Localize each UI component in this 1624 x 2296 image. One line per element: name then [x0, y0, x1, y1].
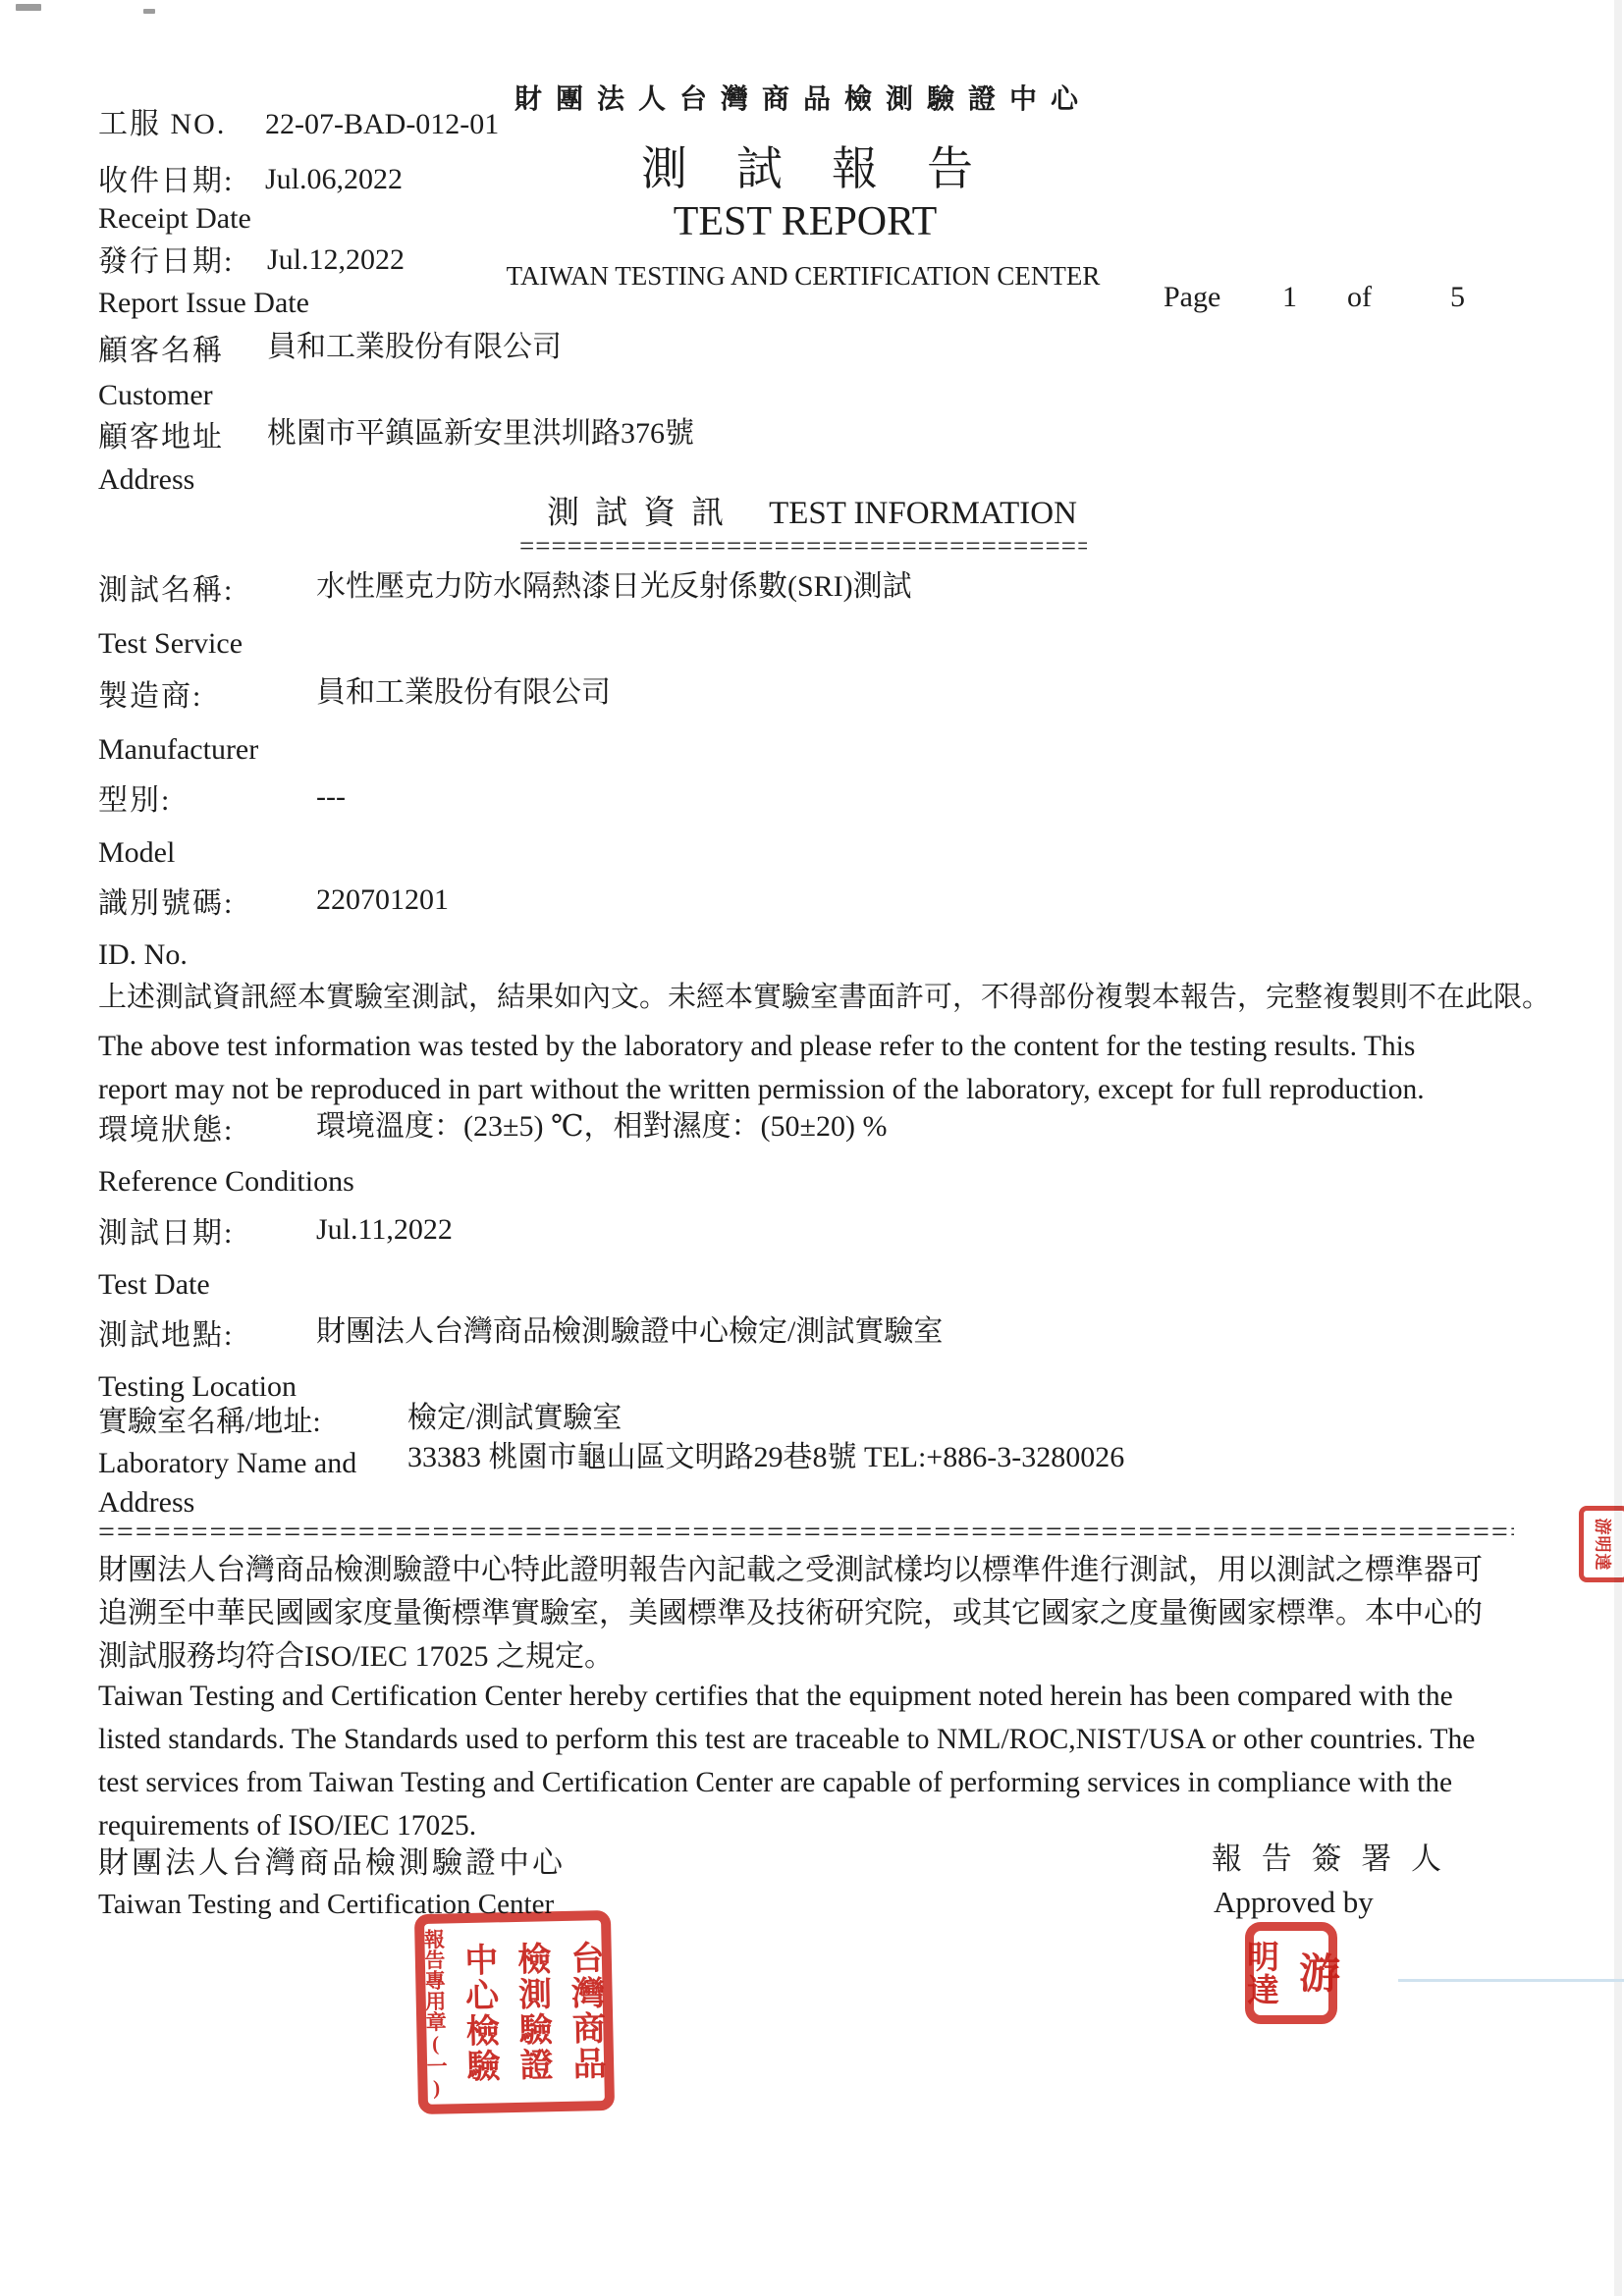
- work-order-number: 22-07-BAD-012-01: [265, 108, 499, 142]
- customer-label-cjk: 顧客名稱: [98, 335, 224, 369]
- scan-faint-line: [1398, 1979, 1624, 1982]
- reference-conditions-value: 環境溫度：(23±5) ℃，相對濕度：(50±20) %: [316, 1110, 887, 1145]
- approver-seal-stamp: 游 明達: [1245, 1922, 1337, 2024]
- page-total: 5: [1450, 281, 1465, 315]
- issue-date-label-en: Report Issue Date: [98, 287, 309, 321]
- test-service-value: 水性壓克力防水隔熱漆日光反射係數(SRI)測試: [316, 570, 912, 605]
- edge-paging-seal-stamp: 游明達: [1579, 1506, 1624, 1582]
- test-service-label-en: Test Service: [98, 627, 243, 662]
- test-service-label-cjk: 測試名稱:: [98, 574, 234, 609]
- customer-name: 員和工業股份有限公司: [267, 331, 562, 365]
- issue-date-value: Jul.12,2022: [267, 243, 405, 278]
- work-order-label: 工服 NO.: [98, 108, 226, 142]
- org-seal-column-1: 台灣商品: [559, 1940, 610, 2082]
- approver-seal-given-name: 明達: [1237, 1940, 1283, 2006]
- id-number-value: 220701201: [316, 883, 449, 918]
- model-value: ---: [316, 780, 346, 815]
- lab-name-value: 檢定/測試實驗室: [407, 1402, 622, 1436]
- edge-seal-text: 游明達: [1593, 1518, 1617, 1571]
- organization-seal-stamp: 台灣商品 檢測驗證 中心檢驗 報告專用章(一): [414, 1910, 615, 2114]
- report-title-cjk: 測試報告: [641, 143, 1022, 196]
- page-current: 1: [1282, 281, 1297, 315]
- test-date-label-en: Test Date: [98, 1268, 210, 1303]
- scan-speck: [16, 4, 41, 11]
- notice-cjk: 上述測試資訊經本實驗室測試，結果如內文。未經本實驗室書面許可，不得部份複製本報告…: [98, 982, 1550, 1014]
- manufacturer-label-en: Manufacturer: [98, 733, 258, 768]
- test-information-heading-cjk: 測試資訊: [547, 496, 739, 533]
- customer-label-en: Customer: [98, 379, 213, 413]
- reference-conditions-label-cjk: 環境狀態:: [98, 1114, 234, 1148]
- test-information-heading-en: TEST INFORMATION: [769, 496, 1077, 533]
- approved-by-label-cjk: 報 告 簽 署 人: [1212, 1842, 1447, 1877]
- model-label-cjk: 型別:: [98, 784, 171, 819]
- approver-seal-surname: 游: [1286, 1951, 1345, 1995]
- certification-paragraph-cjk: 財團法人台灣商品檢測驗證中心特此證明報告內記載之受測試樣均以標準件進行測試，用以…: [98, 1549, 1520, 1679]
- org-name-en: TAIWAN TESTING AND CERTIFICATION CENTER: [507, 261, 1101, 292]
- org-name-cjk: 財團法人台灣商品檢測驗證中心: [514, 84, 1092, 116]
- certification-paragraph-en: Taiwan Testing and Certification Center …: [98, 1675, 1524, 1847]
- lab-address-value: 33383 桃園市龜山區文明路29巷8號 TEL:+886-3-3280026: [407, 1441, 1124, 1475]
- section-divider: ========================================…: [98, 1516, 1514, 1553]
- address-label-en: Address: [98, 463, 194, 498]
- page-of-label: of: [1347, 281, 1372, 315]
- section-underline: ========================================: [519, 531, 1087, 566]
- id-number-label-cjk: 識別號碼:: [98, 887, 234, 922]
- manufacturer-value: 員和工業股份有限公司: [316, 676, 611, 711]
- org-seal-column-3: 中心檢驗: [454, 1942, 505, 2084]
- manufacturer-label-cjk: 製造商:: [98, 680, 202, 715]
- test-report-page: 工服 NO. 22-07-BAD-012-01 收件日期: Jul.06,202…: [0, 0, 1624, 2296]
- report-title-en: TEST REPORT: [674, 198, 938, 245]
- org-seal-column-2: 檢測驗證: [506, 1941, 557, 2083]
- reference-conditions-label-en: Reference Conditions: [98, 1165, 354, 1200]
- issue-date-label-cjk: 發行日期:: [98, 245, 234, 280]
- approved-by-label-en: Approved by: [1214, 1885, 1374, 1920]
- address-label-cjk: 顧客地址: [98, 421, 224, 455]
- scan-speck: [143, 9, 155, 14]
- scan-edge-band: [1614, 0, 1622, 2296]
- receipt-date-label-en: Receipt Date: [98, 202, 251, 237]
- page-label: Page: [1164, 281, 1220, 315]
- test-date-value: Jul.11,2022: [316, 1213, 453, 1248]
- org-seal-column-4: 報告專用章(一): [418, 1928, 452, 2100]
- testing-location-value: 財團法人台灣商品檢測驗證中心檢定/測試實驗室: [316, 1315, 943, 1350]
- testing-location-label-en: Testing Location: [98, 1370, 297, 1405]
- model-label-en: Model: [98, 836, 175, 871]
- customer-address: 桃園市平鎮區新安里洪圳路376號: [267, 417, 694, 452]
- receipt-date-label-cjk: 收件日期:: [98, 165, 234, 199]
- testing-location-label-cjk: 測試地點:: [98, 1319, 234, 1354]
- footer-org-cjk: 財團法人台灣商品檢測驗證中心: [98, 1845, 566, 1881]
- lab-name-label-en: Laboratory Name and: [98, 1447, 356, 1481]
- id-number-label-en: ID. No.: [98, 938, 188, 973]
- test-information-heading: 測試資訊 TEST INFORMATION: [0, 496, 1624, 533]
- notice-en: The above test information was tested by…: [98, 1025, 1524, 1111]
- test-date-label-cjk: 測試日期:: [98, 1217, 234, 1252]
- receipt-date-value: Jul.06,2022: [265, 163, 403, 197]
- lab-name-label-cjk: 實驗室名稱/地址:: [98, 1406, 321, 1440]
